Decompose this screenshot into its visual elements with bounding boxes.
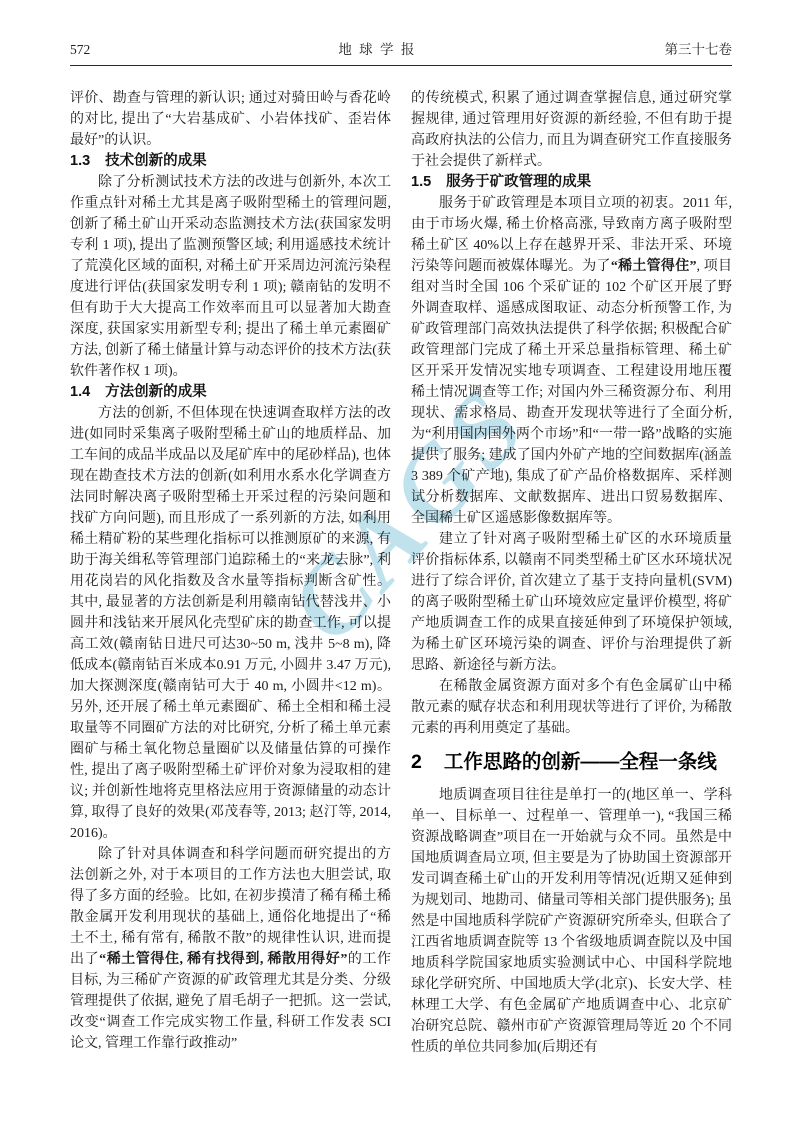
section-heading: 1.4方法创新的成果 [70,382,391,403]
bold-text-run: “稀土管得住” [611,259,697,274]
text-run: 方法的创新, 不但体现在快速调查取样方法的改进(如同时采集离子吸附型稀土矿山的地… [70,406,391,841]
section-heading: 1.3技术创新的成果 [70,151,391,172]
section-title: 工作思路的创新——全程一条线 [444,751,717,773]
page-header: 572 地 球 学 报 第三十七卷 [70,38,732,66]
bold-text-run: “稀土管得住, 稀有找得到, 稀散用得好” [99,952,347,967]
section-number: 1.4 [70,384,90,400]
left-column: 评价、勘查与管理的新认识; 通过对骑田岭与香花岭的对比, 提出了“大岩基成矿、小… [70,88,391,1058]
section-heading: 1.5服务于矿政管理的成果 [411,172,732,193]
section-title: 技术创新的成果 [105,153,207,169]
text-run: 除了针对具体调查和科学问题而研究提出的方法创新之外, 对于本项目的工作方法也大胆… [70,847,391,967]
paragraph: 方法的创新, 不但体现在快速调查取样方法的改进(如同时采集离子吸附型稀土矿山的地… [70,403,391,844]
paragraph: 在稀散金属资源方面对多个有色金属矿山中稀散元素的赋存状态和利用现状等进行了评价,… [411,676,732,739]
page-number: 572 [70,42,90,58]
text-run: 评价、勘查与管理的新认识; 通过对骑田岭与香花岭的对比, 提出了“大岩基成矿、小… [70,91,391,148]
text-run: 的传统模式, 积累了通过调查掌握信息, 通过研究掌握规律, 通过管理用好资源的新… [411,91,732,169]
paragraph: 除了针对具体调查和科学问题而研究提出的方法创新之外, 对于本项目的工作方法也大胆… [70,844,391,1054]
text-run: 建立了针对离子吸附型稀土矿区的水环境质量评价指标体系, 以赣南不同类型稀土矿区水… [411,532,732,673]
volume-label: 第三十七卷 [665,38,733,58]
paragraph: 地质调查项目往往是单打一的(地区单一、学科单一、目标单一、过程单一、管理单一),… [411,785,732,1058]
text-columns: 评价、勘查与管理的新认识; 通过对骑田岭与香花岭的对比, 提出了“大岩基成矿、小… [70,88,732,1058]
page-content: 572 地 球 学 报 第三十七卷 评价、勘查与管理的新认识; 通过对骑田岭与香… [70,38,732,1058]
journal-title: 地 球 学 报 [338,38,416,58]
section-number: 1.3 [70,153,90,169]
right-column: 的传统模式, 积累了通过调查掌握信息, 通过研究掌握规律, 通过管理用好资源的新… [411,88,732,1058]
section-title: 方法创新的成果 [105,384,207,400]
section-title: 服务于矿政管理的成果 [446,174,591,190]
paragraph: 除了分析测试技术方法的改进与创新外, 本次工作重点针对稀土尤其是离子吸附型稀土的… [70,172,391,382]
journal-page: CAGS 572 地 球 学 报 第三十七卷 评价、勘查与管理的新认识; 通过对… [0,0,800,1131]
paragraph: 建立了针对离子吸附型稀土矿区的水环境质量评价指标体系, 以赣南不同类型稀土矿区水… [411,529,732,676]
section-heading-large: 2工作思路的创新——全程一条线 [411,749,732,776]
text-run: , 项目组对当时全国 106 个采矿证的 102 个矿区开展了野外调查取样、遥感… [411,259,732,526]
section-number: 2 [411,751,422,773]
paragraph: 的传统模式, 积累了通过调查掌握信息, 通过研究掌握规律, 通过管理用好资源的新… [411,88,732,172]
paragraph: 评价、勘查与管理的新认识; 通过对骑田岭与香花岭的对比, 提出了“大岩基成矿、小… [70,88,391,151]
section-number: 1.5 [411,174,431,190]
paragraph: 服务于矿政管理是本项目立项的初衷。2011 年, 由于市场火爆, 稀土价格高涨,… [411,193,732,529]
text-run: 地质调查项目往往是单打一的(地区单一、学科单一、目标单一、过程单一、管理单一),… [411,788,732,1055]
text-run: 除了分析测试技术方法的改进与创新外, 本次工作重点针对稀土尤其是离子吸附型稀土的… [70,175,391,379]
text-run: 在稀散金属资源方面对多个有色金属矿山中稀散元素的赋存状态和利用现状等进行了评价,… [411,679,732,736]
